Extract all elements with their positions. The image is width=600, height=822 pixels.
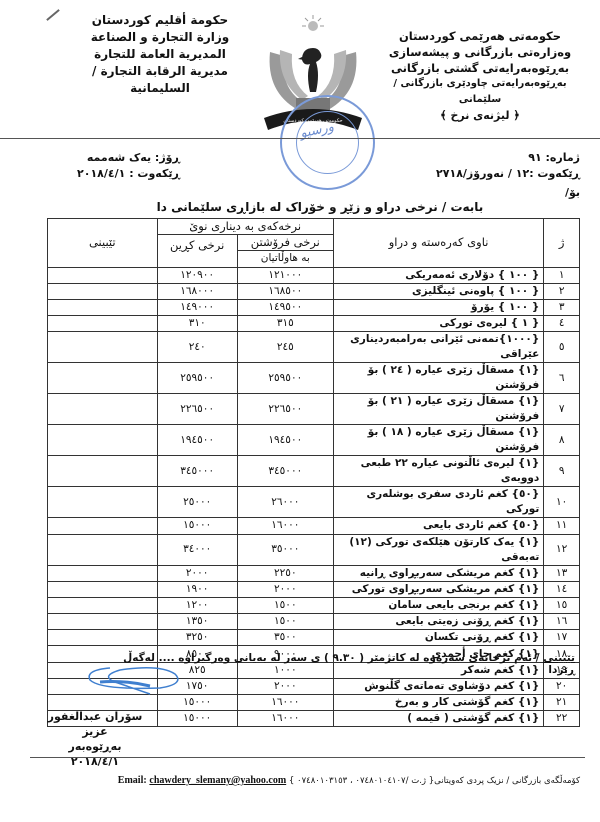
row-number: ١٣: [544, 565, 580, 581]
table-row: ٥{١٠٠٠}تمەنی ئێرانی بەرامبەردیناری عێراق…: [48, 332, 580, 363]
row-note: [48, 581, 158, 597]
col-item-name: ناوی کەرەستە و دراو: [333, 219, 543, 268]
sell-price: ٢٥٩٥٠٠: [237, 363, 333, 394]
committee-title: ﴿ لیژنەی نرخ ﴾: [380, 108, 580, 124]
row-number: ٢١: [544, 695, 580, 711]
row-number: ١٥: [544, 597, 580, 613]
sell-price: ٢٢٥٠: [237, 565, 333, 581]
header-arabic: حكومة أقليم كوردستان وزارة التجارة و الص…: [70, 12, 250, 97]
sell-price: ١٥٠٠: [237, 614, 333, 630]
table-row: ١٦{١} کغم ڕۆنی زەیتی بایعی١٥٠٠١٣٥٠: [48, 614, 580, 630]
buy-price: ١٩٤٥٠٠: [157, 425, 237, 456]
table-row: ٦{١} مسقاڵ زێری عیارە ( ٢٤ ) بۆ فرۆشتن٢٥…: [48, 363, 580, 394]
table-row: ١٥{١} کغم برنجی بایعی سامان١٥٠٠١٢٠٠: [48, 597, 580, 613]
sell-price: ٢٢٦٥٠٠: [237, 394, 333, 425]
row-note: [48, 597, 158, 613]
table-row: ٩{١} لیرەی ئاڵتونی عیارە ٢٢ طبعی دووبەی٣…: [48, 456, 580, 487]
item-name: {١} مسقاڵ زێری عیارە ( ٢٤ ) بۆ فرۆشتن: [333, 363, 543, 394]
item-name: {١} لیرەی ئاڵتونی عیارە ٢٢ طبعی دووبەی: [333, 456, 543, 487]
table-row: ٤{ ١ } لیرەی تورکی٣١٥٣١٠: [48, 316, 580, 332]
col-buy-price: نرخی کڕین: [157, 235, 237, 267]
item-name: { ١٠٠ } دۆلاری ئەمەریکی: [333, 267, 543, 283]
buy-price: ١٩٠٠: [157, 581, 237, 597]
item-name: {١} مسقاڵ زێری عیارە ( ١٨ ) بۆ فرۆشتن: [333, 425, 543, 456]
sell-price: ١٦٠٠٠: [237, 711, 333, 727]
addressee: بۆ/: [500, 186, 580, 199]
subject-line: بابەت / نرخی دراو و زێڕ و خۆراک لە بازاڕ…: [150, 200, 490, 214]
signer-title: بەڕێوەبەر: [40, 739, 150, 754]
table-row: ١١{٥٠} کغم ئاردی بایعی١٦٠٠٠١٥٠٠٠: [48, 518, 580, 534]
row-note: [48, 425, 158, 456]
row-note: [48, 614, 158, 630]
footer-address: کۆمەڵگەی بازرگانی / نزیک پردی کەویتانی{ …: [289, 776, 580, 786]
item-name: {١} کغم مریشکی سەربڕاوی ڕانیە: [333, 565, 543, 581]
row-number: ٨: [544, 425, 580, 456]
table-row: ١٢{١} یەک کارتۆن هێلکەی تورکی (١٢) تەبەق…: [48, 534, 580, 565]
item-name: { ١٠٠ } پاوەنی ئینگلیزی: [333, 283, 543, 299]
table-row: ١٣{١} کغم مریشکی سەربڕاوی ڕانیە٢٢٥٠٢٠٠٠: [48, 565, 580, 581]
buy-price: ٣٤٠٠٠: [157, 534, 237, 565]
signature-scribble: [80, 662, 190, 702]
row-number: ٩: [544, 456, 580, 487]
row-number: ٦: [544, 363, 580, 394]
sell-price: ٢٦٠٠٠: [237, 487, 333, 518]
row-number: ٤: [544, 316, 580, 332]
row-number: ٥: [544, 332, 580, 363]
sell-price: ٢٠٠٠: [237, 678, 333, 694]
buy-price: ٢٤٠: [157, 332, 237, 363]
row-number: ٢: [544, 283, 580, 299]
row-note: [48, 394, 158, 425]
item-name: {١} کغم ڕۆنی تکسان: [333, 630, 543, 646]
note-text: / ئەم نرخانەی سەرەوە لە کاتژمێر ( ٩.٣٠ )…: [123, 652, 575, 676]
email-link[interactable]: chawdery_slemany@yahoo.com: [149, 775, 286, 786]
row-number: ٧: [544, 394, 580, 425]
sell-price: ٣٤٥٠٠٠: [237, 456, 333, 487]
sell-price: ٣٥٠٠: [237, 630, 333, 646]
row-number: ١٧: [544, 630, 580, 646]
table-row: ٨{١} مسقاڵ زێری عیارە ( ١٨ ) بۆ فرۆشتن١٩…: [48, 425, 580, 456]
item-name: {١} کغم گۆشتی کار و بەرخ: [333, 695, 543, 711]
table-row: ٢{ ١٠٠ } پاوەنی ئینگلیزی١٦٨٥٠٠١٦٨٠٠٠: [48, 283, 580, 299]
sell-price: ١٢١٠٠٠: [237, 267, 333, 283]
footer-divider: [30, 757, 585, 758]
item-name: {١} کغم مریشکی سەربڕاوی تورکی: [333, 581, 543, 597]
header-kurdish: حکومەتی هەرێمی کوردستان وەزارەتی بازرگان…: [380, 28, 580, 124]
col-sell-price-sub: بە هاوڵاتیان: [237, 251, 333, 267]
item-name: {١} کغم ڕۆنی زەیتی بایعی: [333, 614, 543, 630]
header-line: المديرية العامة للتجارة: [70, 46, 250, 63]
buy-price: ٢٢٦٥٠٠: [157, 394, 237, 425]
row-note: [48, 299, 158, 315]
item-name: { ١٠٠ } یۆرۆ: [333, 299, 543, 315]
table-row: ١٠{٥٠} کغم ئاردی سفری بوشلەری تورکی٢٦٠٠٠…: [48, 487, 580, 518]
buy-price: ٣٢٥٠: [157, 630, 237, 646]
kurdish-date: ڕێکەوت :١٢ / نەورۆز/٢٧١٨: [400, 166, 580, 182]
header-divider: [0, 138, 600, 139]
row-note: [48, 316, 158, 332]
buy-price: ٣١٠: [157, 316, 237, 332]
header-line: بەڕێوەبەرایەتی گشتی بازرگانی: [380, 60, 580, 76]
row-note: [48, 565, 158, 581]
item-name: {١} کغم دۆشاوی تەماتەی گڵنوش: [333, 678, 543, 694]
header-line: مديرية الرقابة التجارة / السليمانية: [70, 63, 250, 97]
col-sell-price: نرخی فرۆشتن: [237, 235, 333, 251]
row-note: [48, 267, 158, 283]
row-number: ٣: [544, 299, 580, 315]
row-number: ١٢: [544, 534, 580, 565]
buy-price: ١٢٠٩٠٠: [157, 267, 237, 283]
item-name: {١} مسقاڵ زێری عیارە ( ٢١ ) بۆ فرۆشتن: [333, 394, 543, 425]
official-stamp: ورسیو: [280, 95, 375, 190]
sell-price: ٣١٥: [237, 316, 333, 332]
sell-price: ١٩٤٥٠٠: [237, 425, 333, 456]
row-number: ١: [544, 267, 580, 283]
sell-price: ١٦٠٠٠: [237, 518, 333, 534]
sell-price: ١٤٩٥٠٠: [237, 299, 333, 315]
sell-price: ٢٤٥: [237, 332, 333, 363]
row-number: ١١: [544, 518, 580, 534]
row-number: ١٦: [544, 614, 580, 630]
buy-price: ١٢٠٠: [157, 597, 237, 613]
item-name: {١} کغم گۆشتی ( قیمە ): [333, 711, 543, 727]
email-label: Email:: [118, 775, 147, 786]
reference-date-block: ڕۆژ: یەک شەممە ڕێکەوت : ٢٠١٨/٤/١: [60, 150, 180, 182]
gregorian-date: ڕێکەوت : ٢٠١٨/٤/١: [60, 166, 180, 182]
buy-price: ٣٤٥٠٠٠: [157, 456, 237, 487]
buy-price: ١٦٨٠٠٠: [157, 283, 237, 299]
row-note: [48, 534, 158, 565]
row-note: [48, 283, 158, 299]
row-note: [48, 487, 158, 518]
header-line: حكومة أقليم كوردستان: [70, 12, 250, 29]
row-note: [48, 363, 158, 394]
item-name: {١} یەک کارتۆن هێلکەی تورکی (١٢) تەبەقی: [333, 534, 543, 565]
header-line: وەزارەتی بازرگانی و پیشەسازی: [380, 44, 580, 60]
sell-price: ٣٥٠٠٠: [237, 534, 333, 565]
table-header-row: ژ ناوی کەرەستە و دراو نرخەکەی بە دیناری …: [48, 219, 580, 235]
col-notes: تێبینی: [48, 219, 158, 268]
buy-price: ٢٠٠٠: [157, 565, 237, 581]
buy-price: ١٥٠٠٠: [157, 711, 237, 727]
row-note: [48, 630, 158, 646]
table-row: ٣{ ١٠٠ } یۆرۆ١٤٩٥٠٠١٤٩٠٠٠: [48, 299, 580, 315]
item-name: {٥٠} کغم ئاردی سفری بوشلەری تورکی: [333, 487, 543, 518]
sell-price: ٢٠٠٠: [237, 581, 333, 597]
buy-price: ١٣٥٠: [157, 614, 237, 630]
table-row: ٧{١} مسقاڵ زێری عیارە ( ٢١ ) بۆ فرۆشتن٢٢…: [48, 394, 580, 425]
header-line: بەڕێوەبەرایەتی چاودێری بازرگانی / سلێمان…: [380, 76, 580, 108]
item-name: { ١ } لیرەی تورکی: [333, 316, 543, 332]
sell-price: ١٦٠٠٠: [237, 695, 333, 711]
buy-price: ٢٥٠٠٠: [157, 487, 237, 518]
reference-number-block: ژمارە: ٩١ ڕێکەوت :١٢ / نەورۆز/٢٧١٨: [400, 150, 580, 182]
sell-price: ١٦٨٥٠٠: [237, 283, 333, 299]
item-name: {١٠٠٠}تمەنی ئێرانی بەرامبەردیناری عێراقی: [333, 332, 543, 363]
row-number: ١٤: [544, 581, 580, 597]
note-label: تێبینی: [543, 652, 575, 664]
pen-mark: [46, 9, 60, 21]
row-note: [48, 456, 158, 487]
signer-name: سۆران عبدالغفور عزیز: [40, 709, 150, 739]
col-price-group: نرخەکەی بە دیناری نوێ: [157, 219, 333, 235]
row-number: ١٠: [544, 487, 580, 518]
item-name: {١} کغم برنجی بایعی سامان: [333, 597, 543, 613]
weekday: ڕۆژ: یەک شەممە: [60, 150, 180, 166]
item-name: {٥٠} کغم ئاردی بایعی: [333, 518, 543, 534]
table-row: ١٤{١} کغم مریشکی سەربڕاوی تورکی٢٠٠٠١٩٠٠: [48, 581, 580, 597]
header-line: حکومەتی هەرێمی کوردستان: [380, 28, 580, 44]
signature-block: سۆران عبدالغفور عزیز بەڕێوەبەر ٢٠١٨/٤/١: [40, 709, 150, 769]
buy-price: ١٥٠٠٠: [157, 518, 237, 534]
col-number: ژ: [544, 219, 580, 268]
footer-contact: کۆمەڵگەی بازرگانی / نزیک پردی کەویتانی{ …: [20, 775, 580, 786]
row-number: ٢٠: [544, 678, 580, 694]
row-note: [48, 332, 158, 363]
row-number: ٢٢: [544, 711, 580, 727]
price-table: ژ ناوی کەرەستە و دراو نرخەکەی بە دیناری …: [47, 218, 580, 727]
table-row: ١{ ١٠٠ } دۆلاری ئەمەریکی١٢١٠٠٠١٢٠٩٠٠: [48, 267, 580, 283]
row-note: [48, 518, 158, 534]
table-row: ١٧{١} کغم ڕۆنی تکسان٣٥٠٠٣٢٥٠: [48, 630, 580, 646]
header-line: وزارة التجارة و الصناعة: [70, 29, 250, 46]
buy-price: ٢٥٩٥٠٠: [157, 363, 237, 394]
document-number: ژمارە: ٩١: [400, 150, 580, 166]
buy-price: ١٤٩٠٠٠: [157, 299, 237, 315]
sell-price: ١٥٠٠: [237, 597, 333, 613]
